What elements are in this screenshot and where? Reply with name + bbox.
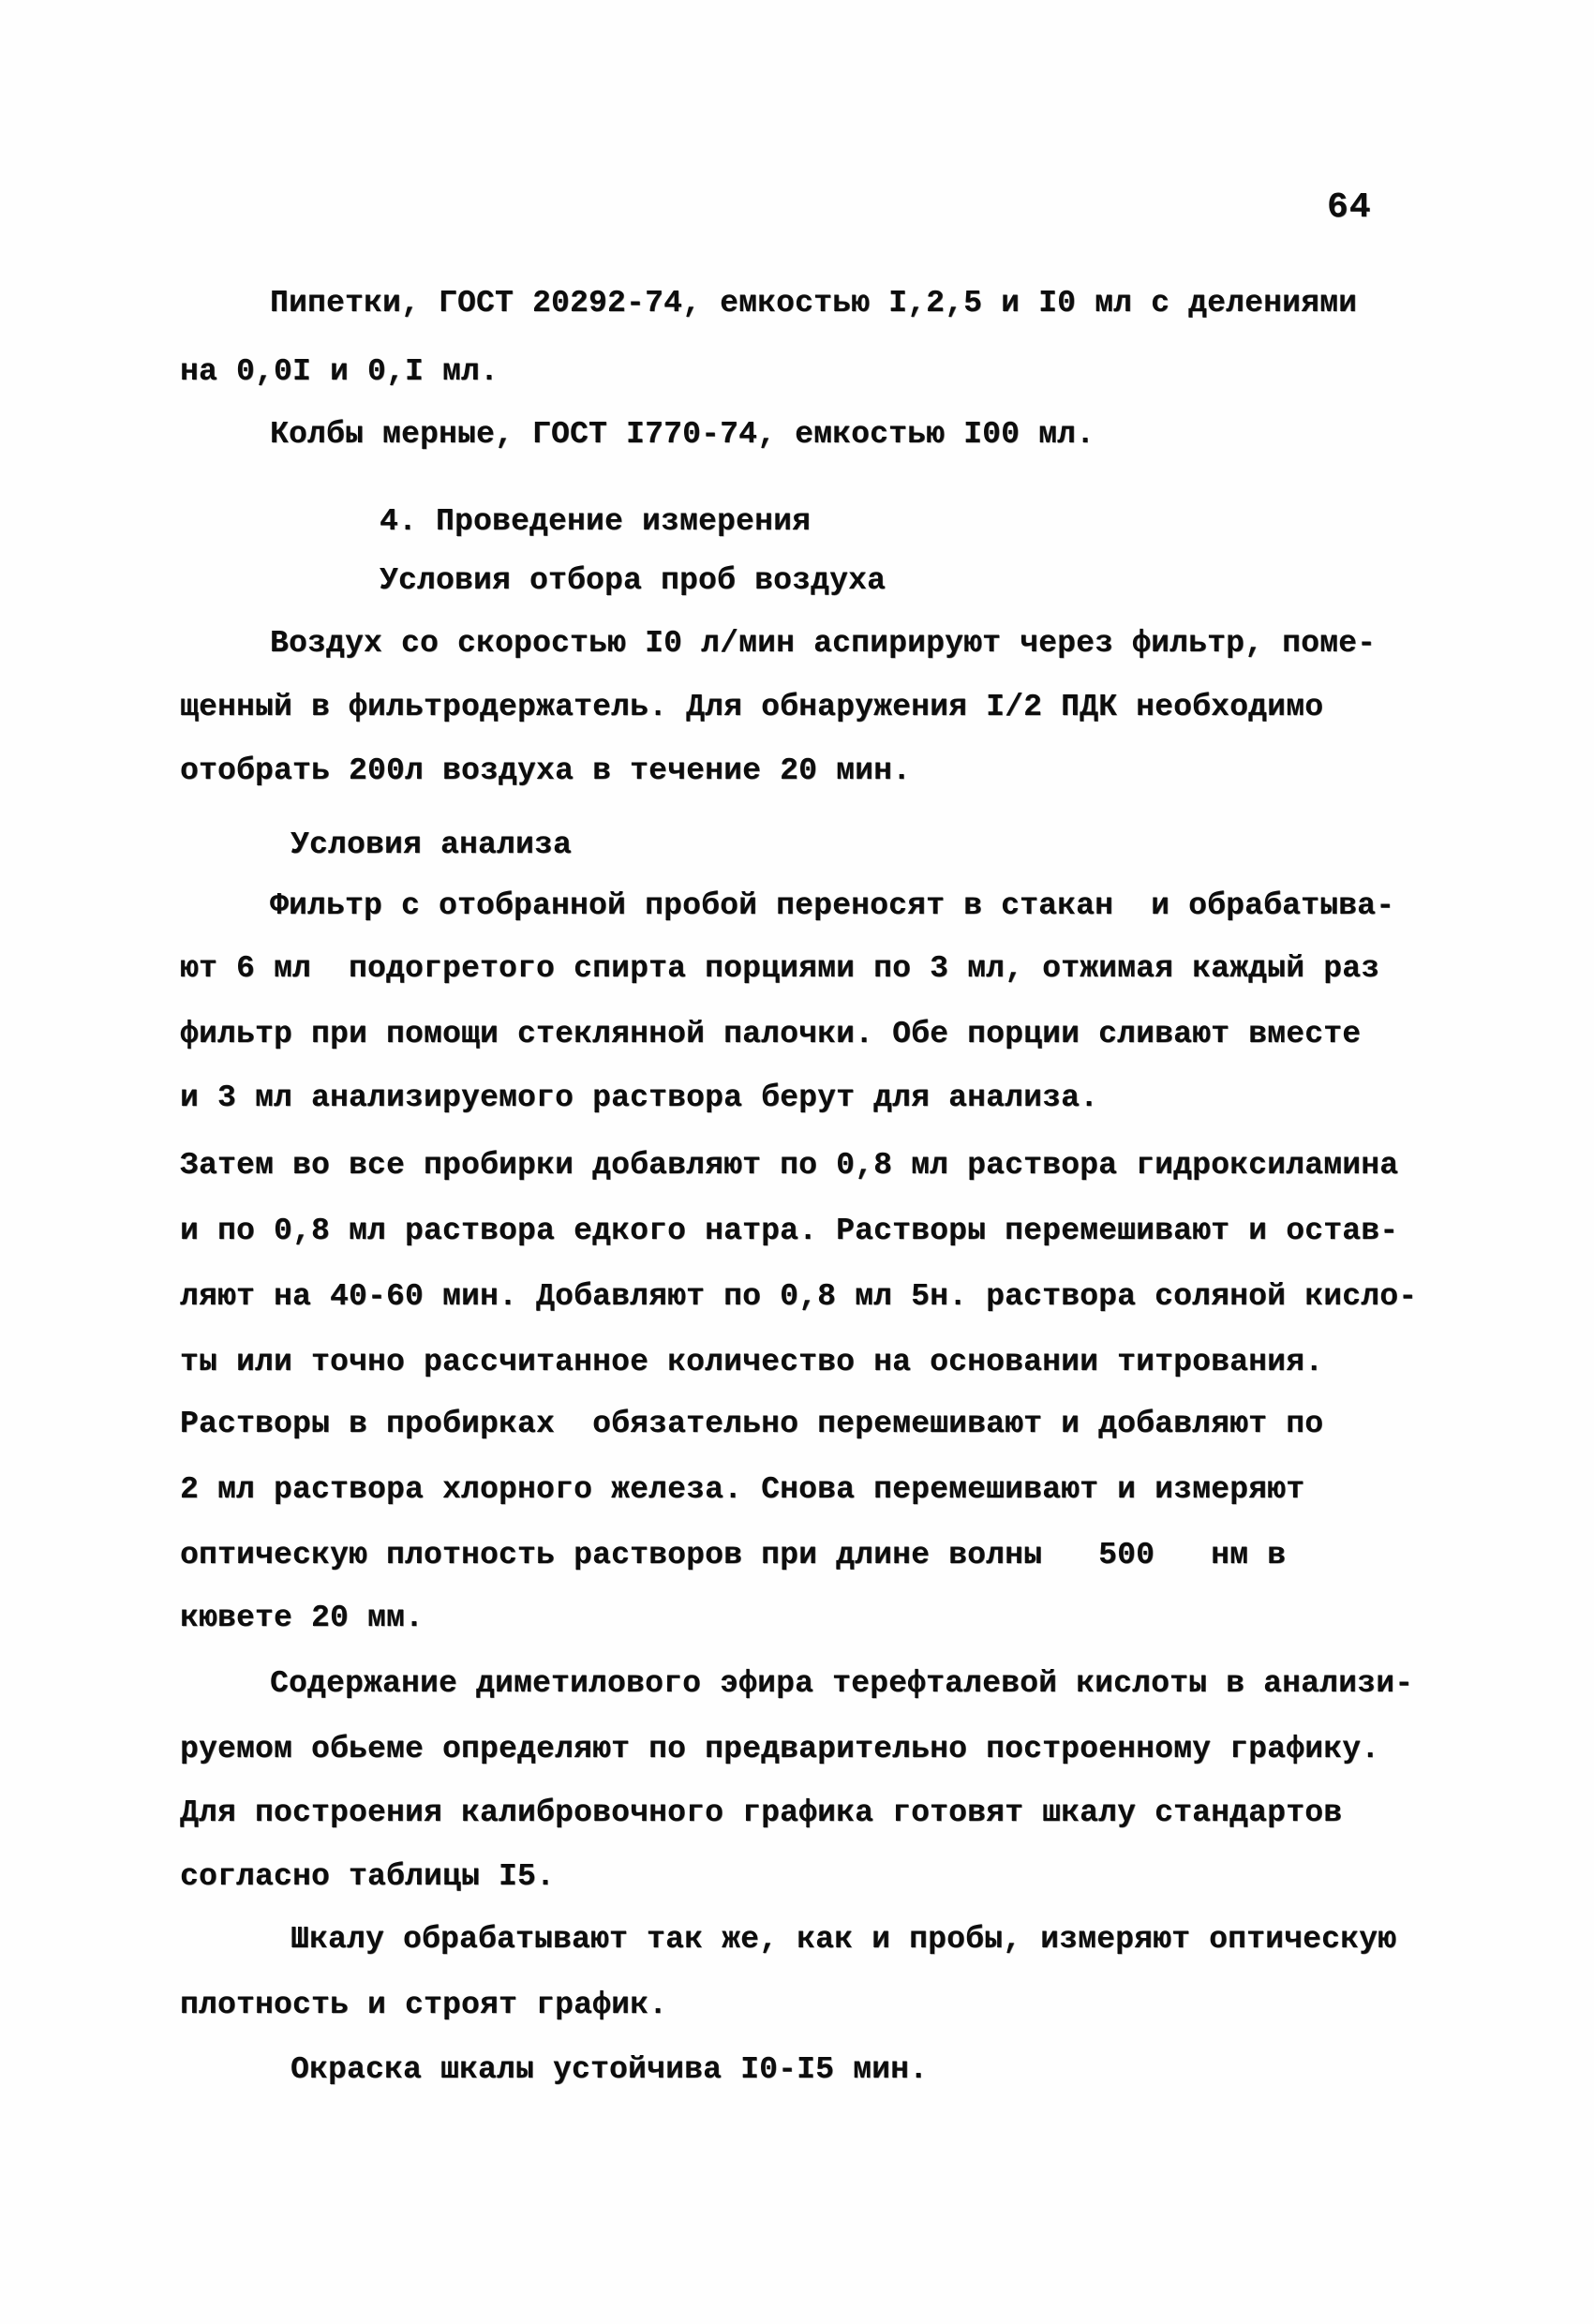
text-line: и по 0,8 мл раствора едкого натра. Раств… [180, 1215, 1398, 1246]
text-line: отобрать 200л воздуха в течение 20 мин. [180, 755, 911, 786]
text-line: Пипетки, ГОСТ 20292-74, емкостью I,2,5 и… [270, 288, 1357, 319]
document-page: 64 Пипетки, ГОСТ 20292-74, емкостью I,2,… [0, 0, 1594, 2324]
text-line: Растворы в пробирках обязательно перемеш… [180, 1408, 1323, 1439]
text-line: руемом обьеме определяют по предваритель… [180, 1734, 1379, 1765]
text-line: 2 мл раствора хлорного железа. Снова пер… [180, 1474, 1304, 1505]
text-line: Содержание диметилового эфира терефталев… [270, 1668, 1413, 1699]
text-line: Фильтр с отобранной пробой переносят в с… [270, 890, 1394, 921]
text-line: кювете 20 мм. [180, 1602, 424, 1633]
text-line: Для построения калибровочного графика го… [180, 1797, 1342, 1828]
text-line: оптическую плотность растворов при длине… [180, 1540, 1286, 1571]
text-line: согласно таблицы I5. [180, 1861, 555, 1892]
text-line: Шкалу обрабатывают так же, как и пробы, … [290, 1924, 1396, 1955]
text-line: на 0,0I и 0,I мл. [180, 356, 499, 387]
text-line: ляют на 40-60 мин. Добавляют по 0,8 мл 5… [180, 1281, 1417, 1312]
subsection-heading: Условия анализа [290, 829, 572, 860]
text-line: плотность и строят график. [180, 1989, 667, 2020]
page-number: 64 [1327, 187, 1372, 228]
text-line: Воздух со скоростью I0 л/мин аспирируют … [270, 628, 1376, 659]
text-line: щенный в фильтродержатель. Для обнаружен… [180, 692, 1323, 723]
text-line: ют 6 мл подогретого спирта порциями по 3… [180, 953, 1379, 984]
text-line: фильтр при помощи стеклянной палочки. Об… [180, 1019, 1361, 1050]
text-line: ты или точно рассчитанное количество на … [180, 1347, 1323, 1378]
subsection-heading: Условия отбора проб воздуха [380, 565, 886, 596]
text-line: и 3 мл анализируемого раствора берут для… [180, 1082, 1098, 1113]
section-heading: 4. Проведение измерения [380, 506, 811, 537]
text-line: Колбы мерные, ГОСТ I770-74, емкостью I00… [270, 419, 1095, 450]
text-line: Затем во все пробирки добавляют по 0,8 м… [180, 1150, 1398, 1181]
text-line: Окраска шкалы устойчива I0-I5 мин. [290, 2054, 928, 2085]
